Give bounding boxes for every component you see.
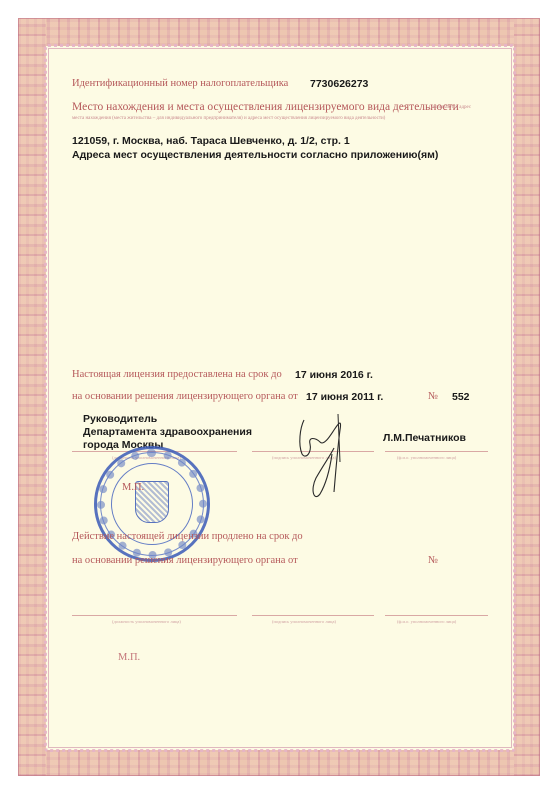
number-sign: №	[428, 391, 438, 402]
extension-name-caption: (ф.и.о. уполномоченного лица)	[397, 619, 456, 624]
term-label: Настоящая лицензия предоставлена на срок…	[72, 369, 282, 380]
extension-label: Действие настоящей лицензии продлено на …	[72, 531, 303, 542]
decision-number: 552	[452, 391, 470, 403]
extension-signature-line	[252, 615, 374, 616]
taxpayer-id-value: 7730626273	[310, 78, 368, 90]
taxpayer-id-label: Идентификационный номер налогоплательщик…	[72, 78, 288, 89]
name-caption: (ф.и.о. уполномоченного лица)	[397, 455, 456, 460]
location-note-1: (указываются адрес	[429, 105, 471, 110]
signatory-position-2: Департамента здравоохранения	[83, 426, 252, 438]
address-line-1: 121059, г. Москва, наб. Тараса Шевченко,…	[72, 135, 350, 147]
decision-date: 17 июня 2011 г.	[306, 391, 383, 403]
signatory-name: Л.М.Печатников	[383, 432, 466, 444]
location-note-2: места нахождения (места жительства – для…	[72, 116, 385, 121]
extension-name-line	[385, 615, 488, 616]
handwritten-signature-icon	[290, 408, 370, 508]
term-value: 17 июня 2016 г.	[295, 369, 373, 381]
location-label: Место нахождения и места осуществления л…	[72, 101, 459, 113]
extension-position-line	[72, 615, 237, 616]
extension-signature-caption: (подпись уполномоченного лица)	[272, 619, 336, 624]
address-line-2: Адреса мест осуществления деятельности с…	[72, 149, 438, 161]
decision-label: на основании решения лицензирующего орга…	[72, 391, 298, 402]
signatory-position-1: Руководитель	[83, 413, 157, 425]
official-stamp	[94, 446, 210, 562]
extension-position-caption: (должность уполномоченного лица)	[112, 619, 181, 624]
stamp-mark-2: М.П.	[118, 652, 140, 663]
extension-decision-label: на основании решения лицензирующего орга…	[72, 555, 298, 566]
stamp-mark: М.П.	[122, 482, 144, 493]
name-line	[385, 451, 488, 452]
extension-number-sign: №	[428, 555, 438, 566]
